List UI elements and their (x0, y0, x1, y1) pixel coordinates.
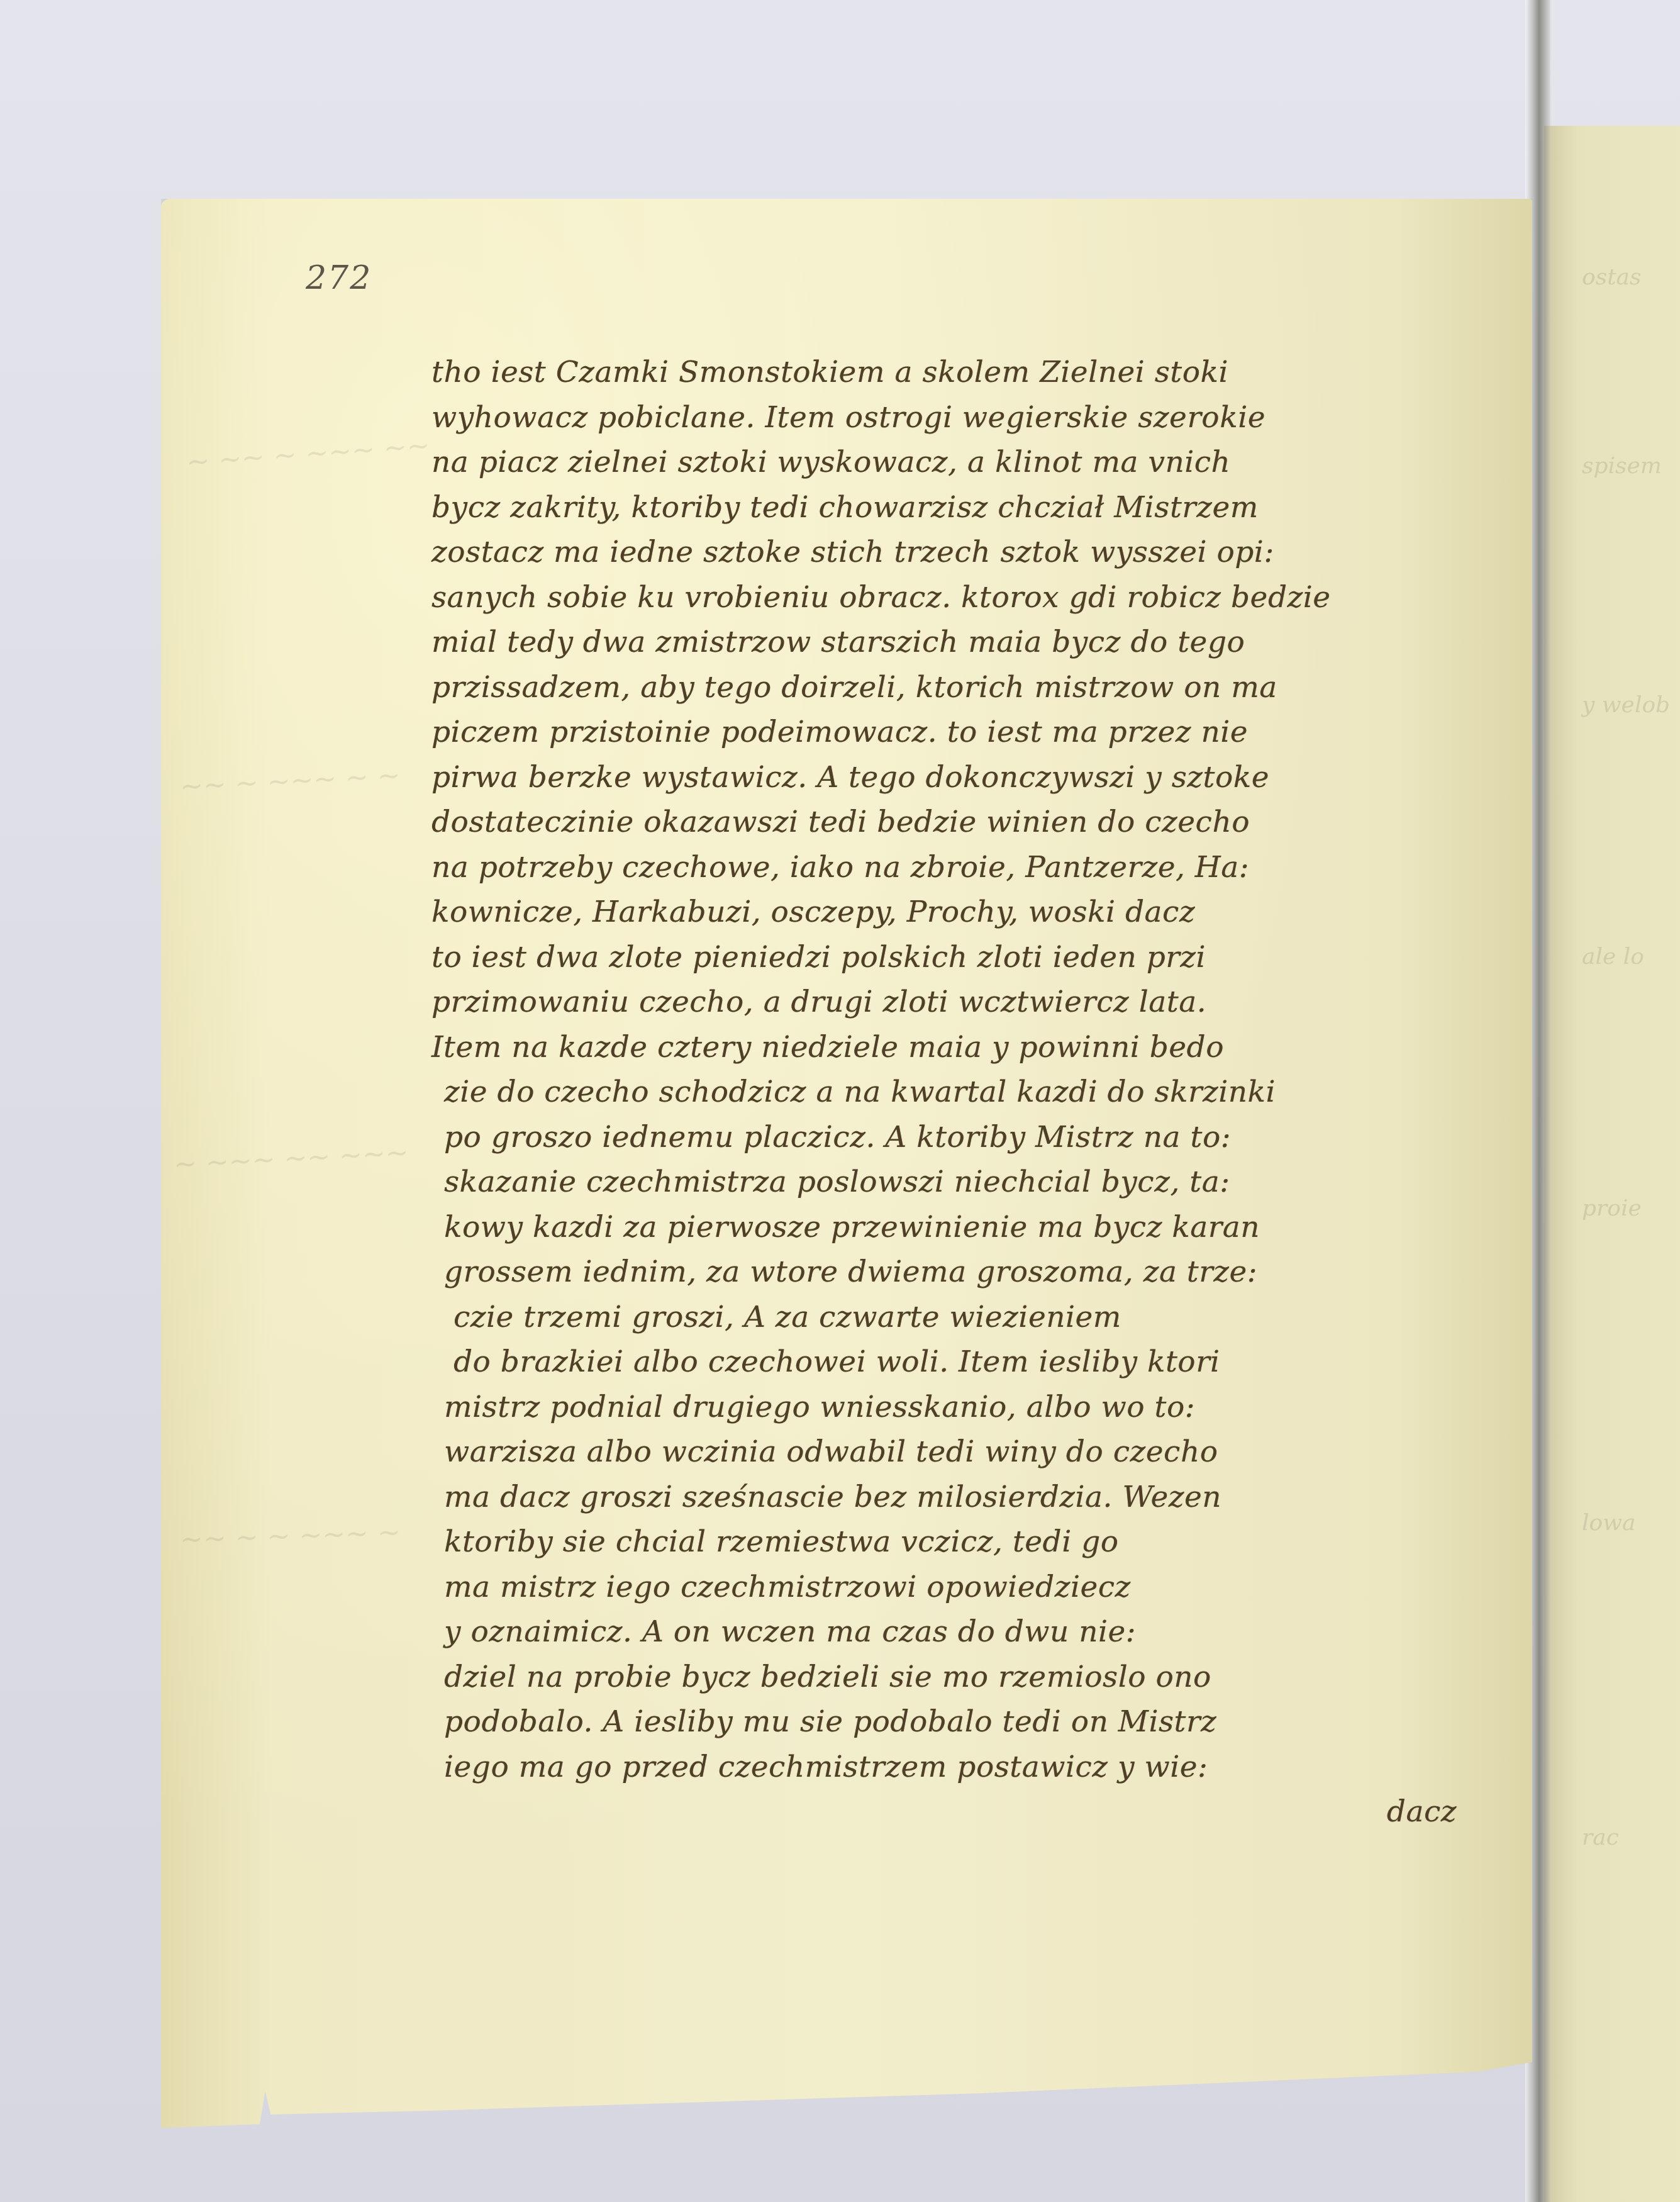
text-line: do brazkiei albo czechowei woli. Item ie… (431, 1339, 1476, 1385)
text-line: wyhowacz pobiclane. Item ostrogi wegiers… (431, 395, 1476, 440)
show-through-ink: ~ ~~~ ~~ ~~~ (173, 1136, 409, 1180)
text-line: bycz zakrity, ktoriby tedi chowarzisz ch… (431, 485, 1476, 530)
catchword: dacz (431, 1789, 1476, 1835)
text-line: grossem iednim, za wtore dwiema groszoma… (431, 1249, 1476, 1295)
text-line: dziel na probie bycz bedzieli sie mo rze… (431, 1655, 1476, 1700)
facing-page-bleed-text: proie (1582, 1195, 1642, 1221)
text-line: ma mistrz iego czechmistrzowi opowiedzie… (431, 1565, 1476, 1610)
show-through-ink: ~~ ~ ~ ~~~ ~ (179, 1516, 401, 1556)
text-line: warzisza albo wczinia odwabil tedi winy … (431, 1429, 1476, 1475)
facing-page-bleed-text: ale lo (1582, 944, 1644, 970)
facing-page-bleed-text: ostas (1582, 264, 1642, 290)
text-line: tho iest Czamki Smonstokiem a skolem Zie… (431, 350, 1476, 395)
text-line: Item na kazde cztery niedziele maia y po… (431, 1025, 1476, 1070)
text-line: po groszo iednemu placzicz. A ktoriby Mi… (431, 1115, 1476, 1160)
text-line: dostateczinie okazawszi tedi bedzie wini… (431, 800, 1476, 845)
text-line: skazanie czechmistrza poslowszi niechcia… (431, 1160, 1476, 1205)
manuscript-text-block: tho iest Czamki Smonstokiem a skolem Zie… (431, 350, 1476, 1835)
text-line: sanych sobie ku vrobieniu obracz. ktorox… (431, 575, 1476, 620)
text-line: pirwa berzke wystawicz. A tego dokonczyw… (431, 755, 1476, 800)
text-line: przissadzem, aby tego doirzeli, ktorich … (431, 665, 1476, 710)
facing-page-bleed-text: lowa (1582, 1510, 1635, 1536)
facing-page-bleed-text: spisem (1582, 453, 1662, 479)
text-line: podobalo. A iesliby mu sie podobalo tedi… (431, 1699, 1476, 1745)
show-through-ink: ~~ ~ ~~~ ~ ~ (179, 759, 401, 803)
text-line: kownicze, Harkabuzi, osczepy, Prochy, wo… (431, 890, 1476, 935)
facing-page-bleed-text: rac (1582, 1825, 1619, 1850)
text-line: na potrzeby czechowe, iako na zbroie, Pa… (431, 845, 1476, 890)
text-line: na piacz zielnei sztoki wyskowacz, a kli… (431, 440, 1476, 485)
manuscript-folio: ~ ~~ ~ ~~~ ~~ ~~ ~ ~~~ ~ ~ ~ ~~~ ~~ ~~~ … (161, 199, 1532, 2140)
text-line: mistrz podnial drugiego wniesskanio, alb… (431, 1385, 1476, 1430)
text-line: przimowaniu czecho, a drugi zloti wcztwi… (431, 980, 1476, 1025)
text-line: czie trzemi groszi, A za czwarte wiezien… (431, 1295, 1476, 1340)
text-line: mial tedy dwa zmistrzow starszich maia b… (431, 620, 1476, 665)
facing-page-edge: ostas spisem y welob ale lo proie lowa r… (1544, 126, 1680, 2202)
text-line: ma dacz groszi sześnascie bez milosierdz… (431, 1475, 1476, 1520)
text-line: ktoriby sie chcial rzemiestwa vczicz, te… (431, 1519, 1476, 1565)
text-line: iego ma go przed czechmistrzem postawicz… (431, 1745, 1476, 1790)
text-line: to iest dwa zlote pieniedzi polskich zlo… (431, 935, 1476, 980)
show-through-ink: ~ ~~ ~ ~~~ ~~ (186, 430, 431, 479)
text-line: piczem przistoinie podeimowacz. to iest … (431, 710, 1476, 755)
text-line: zie do czecho schodzicz a na kwartal kaz… (431, 1070, 1476, 1115)
folio-number: 272 (306, 259, 372, 297)
text-line: y oznaimicz. A on wczen ma czas do dwu n… (431, 1609, 1476, 1655)
text-line: kowy kazdi za pierwosze przewinienie ma … (431, 1205, 1476, 1250)
facing-page-bleed-text: y welob (1582, 692, 1670, 718)
text-line: zostacz ma iedne sztoke stich trzech szt… (431, 530, 1476, 575)
